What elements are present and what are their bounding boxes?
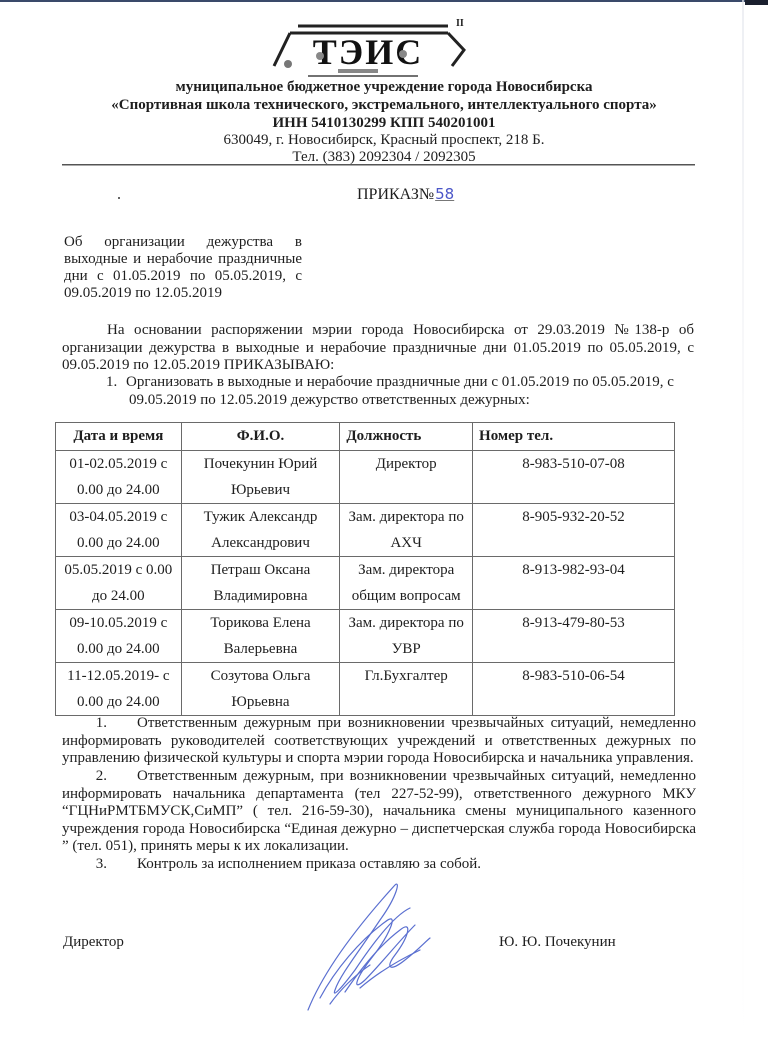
table-row: 01-02.05.2019 с 0.00 до 24.00Почекунин Ю… [56,451,675,504]
cell-position: Зам. директора по УВР [340,610,473,663]
cell-phone: 8-905-932-20-52 [473,504,675,557]
instruction-text: Контроль за исполнением приказа оставляю… [137,856,481,872]
cell-position: Гл.Бухгалтер [340,663,473,716]
table-header-row: Дата и время Ф.И.О. Должность Номер тел. [56,423,675,451]
duty-schedule-table: Дата и время Ф.И.О. Должность Номер тел.… [55,422,675,716]
cell-date: 03-04.05.2019 с 0.00 до 24.00 [56,504,182,557]
teis-logo-icon: II ТЭИС [268,14,478,80]
scan-edge-top [0,0,745,2]
cell-date: 05.05.2019 с 0.00 до 24.00 [56,557,182,610]
org-full-name: «Спортивная школа технического, экстрема… [0,96,768,114]
handwritten-signature [300,880,450,1015]
org-logo: II ТЭИС [268,14,478,80]
item-text-line2: 09.05.2019 по 12.05.2019 дежурство ответ… [106,392,696,410]
cell-name: Почекунин Юрий Юрьевич [181,451,340,504]
order-title: ПРИКАЗ№58 [357,185,454,204]
cell-name: Петраш Оксана Владимировна [181,557,340,610]
col-header-position: Должность [340,423,473,451]
svg-text:II: II [456,18,464,29]
scan-speck [118,197,120,199]
cell-phone: 8-913-479-80-53 [473,610,675,663]
signatory-role: Директор [63,934,124,951]
table-row: 11-12.05.2019- с 0.00 до 24.00Созутова О… [56,663,675,716]
org-name: муниципальное бюджетное учреждение город… [0,78,768,96]
svg-text:ТЭИС: ТЭИС [313,32,423,72]
instruction-1: 1.Ответственным дежурным при возникновен… [62,715,696,768]
instruction-text: Ответственным дежурным, при возникновени… [62,768,696,854]
item-number: 1. [106,374,117,392]
cell-name: Тужик Александр Александрович [181,504,340,557]
instruction-number: 2. [62,768,137,786]
instruction-3: 3.Контроль за исполнением приказа оставл… [62,856,696,874]
order-subject: Об организации дежурства в выходные и не… [64,234,302,302]
col-header-date: Дата и время [56,423,182,451]
cell-phone: 8-983-510-07-08 [473,451,675,504]
table-row: 05.05.2019 с 0.00 до 24.00Петраш Оксана … [56,557,675,610]
col-header-name: Ф.И.О. [181,423,340,451]
order-item-1: 1. Организовать в выходные и нерабочие п… [106,374,696,409]
cell-date: 09-10.05.2019 с 0.00 до 24.00 [56,610,182,663]
col-header-phone: Номер тел. [473,423,675,451]
org-address: 630049, г. Новосибирск, Красный проспект… [0,131,768,149]
cell-phone: 8-983-510-06-54 [473,663,675,716]
letterhead-divider [62,164,695,166]
scan-edge-corner [745,0,768,5]
cell-date: 01-02.05.2019 с 0.00 до 24.00 [56,451,182,504]
table-row: 03-04.05.2019 с 0.00 до 24.00Тужик Алекс… [56,504,675,557]
instruction-text: Ответственным дежурным при возникновении… [62,715,696,766]
preamble: На основании распоряжении мэрии города Н… [62,322,694,375]
signature-scribble-icon [300,880,450,1015]
cell-phone: 8-913-982-93-04 [473,557,675,610]
instruction-number: 1. [62,715,137,733]
cell-name: Торикова Елена Валерьевна [181,610,340,663]
instruction-2: 2.Ответственным дежурным, при возникнове… [62,768,696,856]
cell-position: Директор [340,451,473,504]
instruction-number: 3. [62,856,137,874]
table-row: 09-10.05.2019 с 0.00 до 24.00Торикова Ел… [56,610,675,663]
cell-position: Зам. директора общим вопросам [340,557,473,610]
signatory-name: Ю. Ю. Почекунин [499,934,616,951]
cell-position: Зам. директора по АХЧ [340,504,473,557]
cell-name: Созутова Ольга Юрьевна [181,663,340,716]
cell-date: 11-12.05.2019- с 0.00 до 24.00 [56,663,182,716]
item-text-line1: Организовать в выходные и нерабочие праз… [106,374,696,392]
inn-kpp: ИНН 5410130299 КПП 540201001 [0,114,768,132]
order-label: ПРИКАЗ№ [357,186,434,203]
order-number: 58 [435,185,454,203]
